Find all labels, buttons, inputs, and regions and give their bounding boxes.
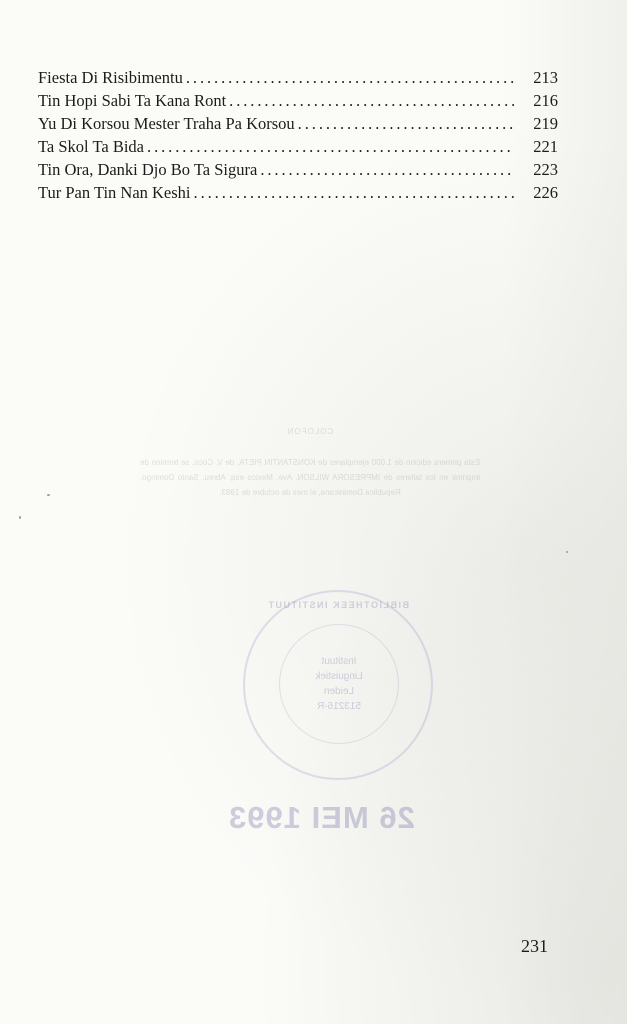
colophon-body: Esta primera edicion de 1.000 ejemplares… — [140, 455, 480, 500]
library-stamp: BIBLIOTHEEK INSTITUUT Instituut Linguist… — [243, 590, 433, 780]
toc-entry-page: 219 — [524, 112, 558, 135]
stamp-line: 513216-R — [317, 699, 361, 714]
toc-entry-title: Tur Pan Tin Nan Keshi — [38, 181, 191, 204]
toc-entry: Ta Skol Ta Bida 221 — [38, 135, 558, 158]
paper-speck — [566, 551, 568, 553]
dot-leader — [183, 66, 514, 89]
stamp-line: Instituut — [321, 654, 356, 669]
dot-leader — [226, 89, 514, 112]
colophon-bleed-through: COLOFON Esta primera edicion de 1.000 ej… — [140, 424, 480, 500]
stamp-line: Linguistiek — [315, 669, 362, 684]
dot-leader — [295, 112, 514, 135]
dot-leader — [144, 135, 514, 158]
stamp-date: 26 MEI 1993 — [228, 800, 415, 836]
page-number: 231 — [521, 936, 548, 957]
toc-entry-title: Yu Di Korsou Mester Traha Pa Korsou — [38, 112, 295, 135]
toc-entry: Tur Pan Tin Nan Keshi 226 — [38, 181, 558, 204]
toc-entry-title: Fiesta Di Risibimentu — [38, 66, 183, 89]
paper-speck — [19, 516, 21, 519]
toc-entry: Yu Di Korsou Mester Traha Pa Korsou 219 — [38, 112, 558, 135]
toc-entry-page: 226 — [524, 181, 558, 204]
stamp-inner-circle: Instituut Linguistiek Leiden 513216-R — [279, 624, 399, 744]
toc-entry-page: 213 — [524, 66, 558, 89]
dot-leader — [257, 158, 514, 181]
toc-entry-page: 223 — [524, 158, 558, 181]
toc-entry: Tin Hopi Sabi Ta Kana Ront 216 — [38, 89, 558, 112]
toc-entry-page: 221 — [524, 135, 558, 158]
toc-entry: Fiesta Di Risibimentu 213 — [38, 66, 558, 89]
colophon-heading: COLOFON — [140, 424, 480, 439]
toc-entry-page: 216 — [524, 89, 558, 112]
toc-entry-title: Tin Hopi Sabi Ta Kana Ront — [38, 89, 226, 112]
paper-speck — [47, 494, 50, 496]
table-of-contents: Fiesta Di Risibimentu 213 Tin Hopi Sabi … — [38, 66, 558, 204]
stamp-line: Leiden — [324, 684, 354, 699]
toc-entry: Tin Ora, Danki Djo Bo Ta Sigura 223 — [38, 158, 558, 181]
toc-entry-title: Tin Ora, Danki Djo Bo Ta Sigura — [38, 158, 257, 181]
dot-leader — [191, 181, 514, 204]
toc-entry-title: Ta Skol Ta Bida — [38, 135, 144, 158]
stamp-ring-text: BIBLIOTHEEK INSTITUUT — [245, 600, 431, 610]
